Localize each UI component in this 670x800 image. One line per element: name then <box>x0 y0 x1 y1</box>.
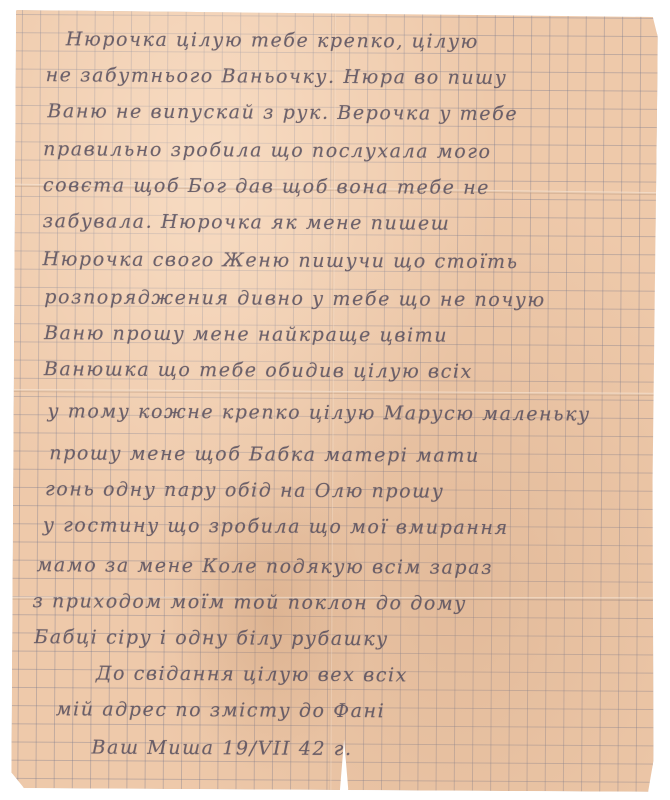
letter-line: Нюрочка цілую тебе крепко, цілую <box>66 28 479 53</box>
letter-line: у тому кожне крепко цілую Марусю маленьк… <box>47 400 590 425</box>
signature-date: Ваш Миша 19/VII 42 г. <box>91 736 352 760</box>
letter-line: правильно зробила що послухала мого <box>43 138 492 163</box>
letter-line: не забутнього Ваньочку. Нюра во пишу <box>46 64 508 89</box>
letter-sheet: Нюрочка цілую тебе крепко, цілую не забу… <box>11 10 658 792</box>
letter-line: Нюрочка свого Женю пишучи що стоїть <box>42 248 518 273</box>
letter-line: До свідання цілую вех всіх <box>96 663 408 687</box>
letter-line: Ванюшка що тебе обидив цілую всіх <box>44 358 473 383</box>
letter-line: прошу мене щоб Бабка матері мати <box>49 442 480 467</box>
letter-line: розпоряджения дивно у тебе що не почую <box>44 286 546 311</box>
letter-line: Ваню не випускай з рук. Верочка у тебе <box>47 100 518 125</box>
letter-line: у гостину що зробила що мої вмирання <box>43 514 509 539</box>
letter-line: мамо за мене Коле подякую всім зараз <box>37 554 494 579</box>
letter-line: забувала. Нюрочка як мене пишеш <box>43 210 451 234</box>
letter-line: Бабці сіру і одну білу рубашку <box>34 626 389 650</box>
letter-line: Ваню прошу мене найкраще цвіти <box>44 322 448 346</box>
letter-line: гонь одну пару обід на Олю прошу <box>45 478 445 502</box>
letter-line: мій адрес по змісту до Фані <box>56 698 386 722</box>
letter-line: з приходом моїм той поклон до дому <box>32 590 467 615</box>
letter-line: совєта щоб Бог дав щоб вона тебе не <box>43 174 490 199</box>
handwritten-text: Нюрочка цілую тебе крепко, цілую не забу… <box>11 10 658 792</box>
